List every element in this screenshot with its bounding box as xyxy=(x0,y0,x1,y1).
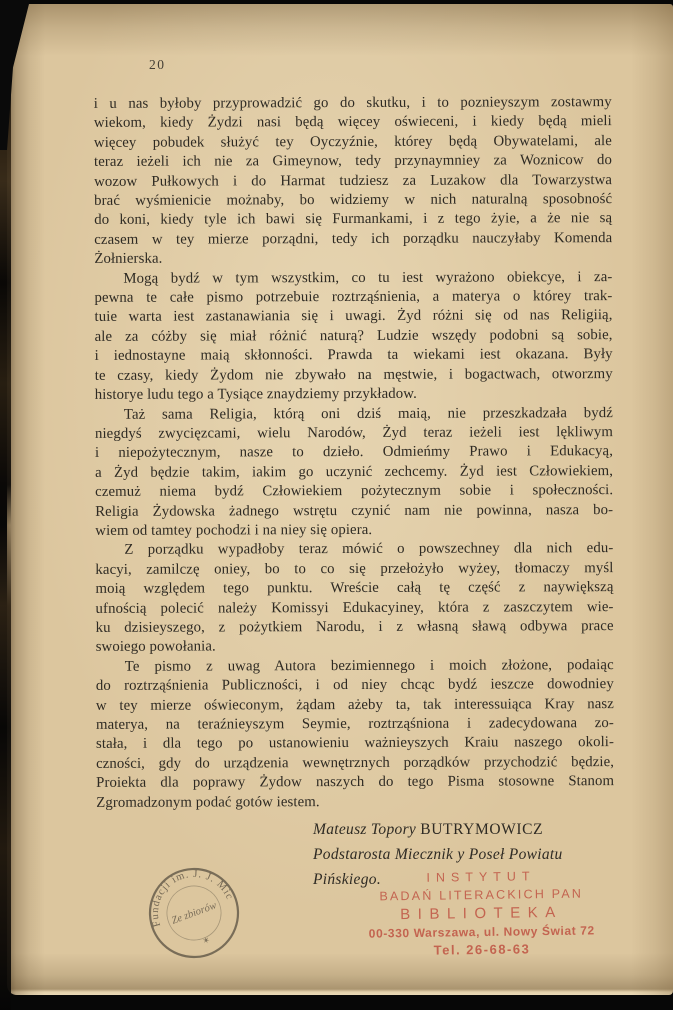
text-line: ale za cóżby się miał różnić naturą? Lud… xyxy=(95,326,613,347)
library-stamp-address: 00-330 Warszawa, ul. Nowy Świat 72 xyxy=(359,923,604,940)
paragraph: Te pismo z uwag Autora bezimiennego i mo… xyxy=(96,656,615,813)
text-line: historye ludu tego a Tysiące znaydziemy … xyxy=(95,384,613,405)
text-line: brać wyśmienicie możnaby, bo widziemy w … xyxy=(94,190,612,211)
signature-name-italic: Mateusz Topory xyxy=(313,821,420,838)
text-line: czności, gdy do urządzenia wewnętrznych … xyxy=(96,753,614,774)
text-line: ku dzisieyszego, z pożytkiem Narodu, i z… xyxy=(96,617,614,638)
text-line: w tey mierze oświeconym, żądam ażeby ta,… xyxy=(96,695,614,716)
signature-name-caps: BUTRYMOWICZ xyxy=(420,821,543,838)
text-line: i niepożytecznym, nasze to dzieło. Odmie… xyxy=(95,442,613,463)
text-line: wiem od tamtey pochodzi i na niey się op… xyxy=(95,520,613,541)
ownership-stamp-bottom-mark: ✶ xyxy=(201,934,212,946)
text-line: i u nas byłoby przyprowadzić go do skutk… xyxy=(94,93,612,114)
ownership-stamp-center-text: Ze zbiorów xyxy=(170,900,218,926)
library-stamp-phone: Tel. 26-68-63 xyxy=(359,940,604,958)
ownership-stamp-icon: Fundacji im. J. J. Michalskich ✶ Ze zbio… xyxy=(131,850,258,977)
text-line: teraz ieżeli ich nie za Gimeynow, tedy p… xyxy=(94,151,612,172)
text-line: czasem w tey mierze porządni, tedy ich p… xyxy=(94,229,612,250)
text-line: wiekom, kiedy Żydzi nasi będą więcey ośw… xyxy=(94,113,612,134)
text-line: Żołnierska. xyxy=(94,248,612,269)
text-line: swoiego powołania. xyxy=(96,636,614,657)
text-line: do koni, kiedy tyle ich bawi się Furmank… xyxy=(94,210,612,231)
text-line: Z porządku wypadłoby teraz mówić o powsz… xyxy=(95,539,613,560)
text-block: i u nas byłoby przyprowadzić go do skutk… xyxy=(94,93,615,813)
ownership-stamp: Fundacji im. J. J. Michalskich ✶ Ze zbio… xyxy=(146,865,242,961)
text-line: Te pismo z uwag Autora bezimiennego i mo… xyxy=(96,656,614,677)
text-line: pewna te całe pismo potrzebuie roztrząśn… xyxy=(94,287,612,308)
binding-edge xyxy=(0,0,11,1010)
svg-text:✶: ✶ xyxy=(201,934,212,946)
library-stamp: INSTYTUT BADAŃ LITERACKICH PAN BIBLIOTEK… xyxy=(358,868,604,958)
text-line: niegdyś zwycięzcami, wielu Narodów, Żyd … xyxy=(95,423,613,444)
library-stamp-institution-2: BADAŃ LITERACKICH PAN xyxy=(359,886,604,903)
text-line: Zgromadzonym podać gotów iestem. xyxy=(96,792,614,813)
text-line: i iednostayne maią skłonności. Prawda ta… xyxy=(95,345,613,366)
page-number: 20 xyxy=(149,57,166,73)
paragraph: Z porządku wypadłoby teraz mówić o powsz… xyxy=(95,539,613,657)
book-scan: 20 i u nas byłoby przyprowadzić go do sk… xyxy=(0,0,673,1010)
text-line: więcey pobudek służyć tey Oyczyźnie, któ… xyxy=(94,132,612,153)
text-line: ufnością polecić należy Komissyi Edukacy… xyxy=(96,598,614,619)
text-line: materya, na teraźnieyszym Seymie, roztrz… xyxy=(96,714,614,735)
text-line: tuie warta iest zastanawiania się i uwag… xyxy=(94,307,612,328)
text-line: kacyi, zamilczę oniey, bo to co się prze… xyxy=(95,559,613,580)
text-line: moią względem tego punktu. Wreście całą … xyxy=(95,578,613,599)
paragraph: i u nas byłoby przyprowadzić go do skutk… xyxy=(94,93,613,269)
text-line: a Żyd będzie takim, iakim go uczynić zec… xyxy=(95,462,613,483)
text-line: te czasy, kiedy Żydom nie zbywało na męs… xyxy=(95,365,613,386)
text-line: wozow Pułkowych i do Harmat tudziesz za … xyxy=(94,171,612,192)
signature-title: Podstarosta Miecznik y Poseł Powiatu xyxy=(313,842,613,867)
text-line: Proiekta dla poprawy Żydow naszych do te… xyxy=(96,772,614,793)
library-stamp-library: BIBLIOTEKA xyxy=(359,903,604,923)
signature-name: Mateusz Topory BUTRYMOWICZ xyxy=(313,817,613,842)
library-stamp-institution: INSTYTUT xyxy=(358,868,603,885)
book-page: 20 i u nas byłoby przyprowadzić go do sk… xyxy=(7,4,673,995)
text-line: Religia Żydowska żadnego wstrętu czynić … xyxy=(95,501,613,522)
text-line: czemuż niema bydź Człowiekiem pożyteczny… xyxy=(95,481,613,502)
text-line: Taż sama Religia, którą oni dziś maią, n… xyxy=(95,404,613,425)
text-line: do roztrząśnienia Publiczności, i od nie… xyxy=(96,675,614,696)
text-line: stała, i dla tego po ustanowieniu ważnie… xyxy=(96,734,614,755)
text-line: Mogą bydź w tym wszystkim, co tu iest wy… xyxy=(94,268,612,289)
paragraph: Mogą bydź w tym wszystkim, co tu iest wy… xyxy=(94,268,612,406)
paragraph: Taż sama Religia, którą oni dziś maią, n… xyxy=(95,404,613,542)
